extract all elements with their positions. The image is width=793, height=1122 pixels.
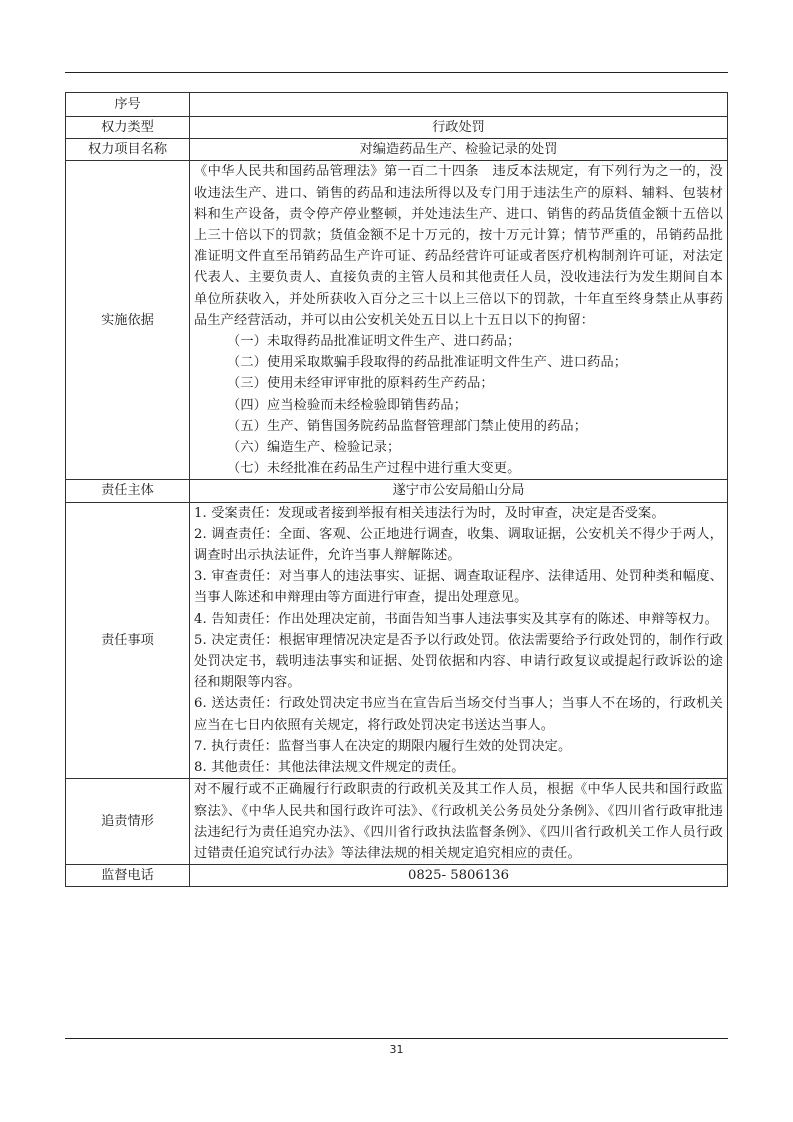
basis-item: （四）应当检验而未经检验即销售药品； bbox=[194, 395, 723, 416]
basis-item: （六）编造生产、检验记录； bbox=[194, 437, 723, 458]
subject-value: 遂宁市公安局船山分局 bbox=[190, 480, 728, 502]
subject-label: 责任主体 bbox=[66, 480, 190, 502]
basis-content: 《中华人民共和国药品管理法》第一百二十四条 违反本法规定，有下列行为之一的，没收… bbox=[190, 161, 728, 480]
power-type-label: 权力类型 bbox=[66, 117, 190, 139]
row-power-item-name: 权力项目名称 对编造药品生产、检验记录的处罚 bbox=[66, 139, 728, 161]
row-subject: 责任主体 遂宁市公安局船山分局 bbox=[66, 480, 728, 502]
footer-rule bbox=[65, 1038, 728, 1039]
basis-item: （三）使用未经审评审批的原料药生产药品； bbox=[194, 373, 723, 394]
duty-item: 7. 执行责任：监督当事人在决定的期限内履行生效的处罚决定。 bbox=[194, 736, 723, 757]
power-item-name-label: 权力项目名称 bbox=[66, 139, 190, 161]
phone-label: 监督电话 bbox=[66, 865, 190, 887]
duty-item: 2. 调查责任：全面、客观、公正地进行调查，收集、调取证据，公安机关不得少于两人… bbox=[194, 524, 723, 566]
accountability-label: 追责情形 bbox=[66, 779, 190, 865]
duties-content: 1. 受案责任：发现或者接到举报有相关违法行为时，及时审查，决定是否受案。 2.… bbox=[190, 502, 728, 779]
duty-item: 1. 受案责任：发现或者接到举报有相关违法行为时，及时审查，决定是否受案。 bbox=[194, 503, 723, 524]
row-power-type: 权力类型 行政处罚 bbox=[66, 117, 728, 139]
row-basis: 实施依据 《中华人民共和国药品管理法》第一百二十四条 违反本法规定，有下列行为之… bbox=[66, 161, 728, 480]
duty-item: 6. 送达责任：行政处罚决定书应当在宣告后当场交付当事人；当事人不在场的，行政机… bbox=[194, 693, 723, 735]
basis-item: （一）未取得药品批准证明文件生产、进口药品； bbox=[194, 331, 723, 352]
page-number: 31 bbox=[0, 1043, 793, 1056]
power-type-value: 行政处罚 bbox=[190, 117, 728, 139]
duty-item: 5. 决定责任：根据审理情况决定是否予以行政处罚。依法需要给予行政处罚的，制作行… bbox=[194, 630, 723, 694]
row-phone: 监督电话 0825- 5806136 bbox=[66, 865, 728, 887]
power-list-table: 序号 权力类型 行政处罚 权力项目名称 对编造药品生产、检验记录的处罚 实施依据… bbox=[65, 92, 728, 887]
row-seq: 序号 bbox=[66, 93, 728, 117]
duties-label: 责任事项 bbox=[66, 502, 190, 779]
basis-item: （七）未经批准在药品生产过程中进行重大变更。 bbox=[194, 458, 723, 479]
phone-value: 0825- 5806136 bbox=[190, 865, 728, 887]
row-duties: 责任事项 1. 受案责任：发现或者接到举报有相关违法行为时，及时审查，决定是否受… bbox=[66, 502, 728, 779]
basis-label: 实施依据 bbox=[66, 161, 190, 480]
seq-label: 序号 bbox=[66, 93, 190, 117]
accountability-value: 对不履行或不正确履行行政职责的行政机关及其工作人员，根据《中华人民共和国行政监察… bbox=[190, 779, 728, 865]
basis-paragraph: 《中华人民共和国药品管理法》第一百二十四条 违反本法规定，有下列行为之一的，没收… bbox=[194, 161, 723, 331]
duty-item: 8. 其他责任：其他法律法规文件规定的责任。 bbox=[194, 757, 723, 778]
header-rule bbox=[65, 72, 728, 73]
duty-item: 3. 审查责任：对当事人的违法事实、证据、调查取证程序、法律适用、处罚种类和幅度… bbox=[194, 566, 723, 608]
seq-value bbox=[190, 93, 728, 117]
duty-item: 4. 告知责任：作出处理决定前，书面告知当事人违法事实及其享有的陈述、申辩等权力… bbox=[194, 609, 723, 630]
power-item-name-value: 对编造药品生产、检验记录的处罚 bbox=[190, 139, 728, 161]
basis-item: （二）使用采取欺骗手段取得的药品批准证明文件生产、进口药品； bbox=[194, 352, 723, 373]
basis-item: （五）生产、销售国务院药品监督管理部门禁止使用的药品； bbox=[194, 416, 723, 437]
row-accountability: 追责情形 对不履行或不正确履行行政职责的行政机关及其工作人员，根据《中华人民共和… bbox=[66, 779, 728, 865]
